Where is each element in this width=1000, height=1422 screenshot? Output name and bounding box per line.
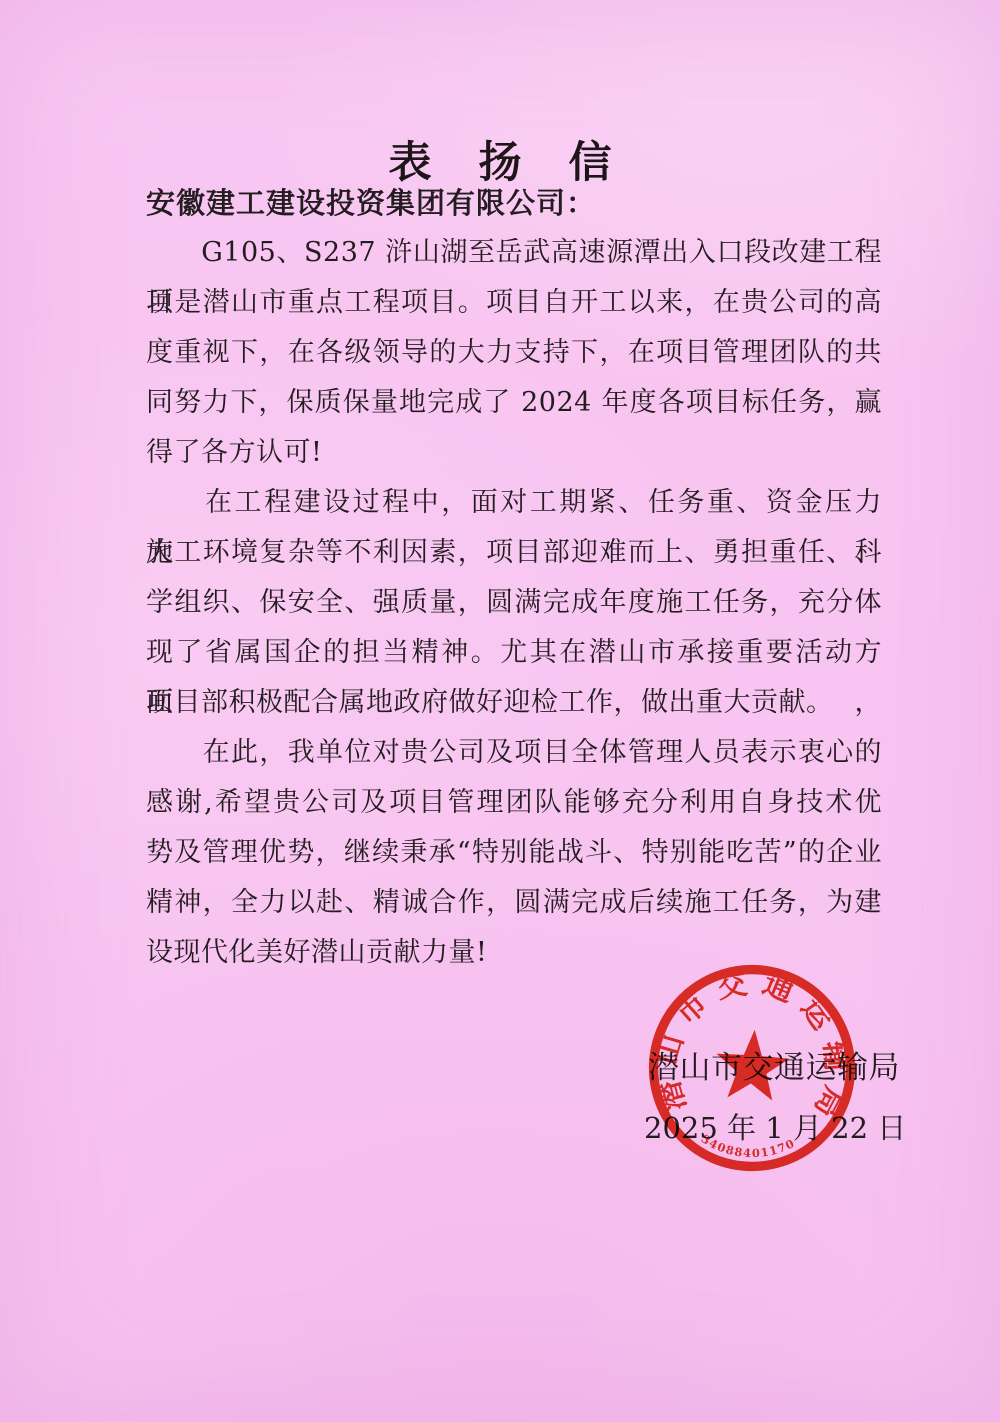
signature-date: 2025 年 1 月 22 日 xyxy=(644,1106,894,1147)
signature-org: 潜山市交通运输局 xyxy=(644,1042,904,1087)
body-line: 感谢,希望贵公司及项目管理团队能够充分利用自身技术优 xyxy=(146,778,882,828)
body-line: 精神，全力以赴、精诚合作，圆满完成后续施工任务，为建 xyxy=(146,878,882,928)
body-line: 设现代化美好潜山贡献力量! xyxy=(146,928,882,978)
body-line: G105、S237 浒山湖至岳武高速源潭出入口段改建工程项 xyxy=(146,228,882,278)
body-line: 施工环境复杂等不利因素，项目部迎难而上、勇担重任、科 xyxy=(146,528,882,578)
body-line: 在工程建设过程中，面对工期紧、任务重、资金压力大、 xyxy=(146,478,882,528)
letter-page: 表 扬 信 安徽建工建设投资集团有限公司： G105、S237 浒山湖至岳武高速… xyxy=(0,0,1000,1422)
body-line: 势及管理优势，继续秉承“特别能战斗、特别能吃苦”的企业 xyxy=(146,828,882,878)
body-line: 项目部积极配合属地政府做好迎检工作，做出重大贡献。 xyxy=(146,678,882,728)
letter-content: 安徽建工建设投资集团有限公司： G105、S237 浒山湖至岳武高速源潭出入口段… xyxy=(146,178,882,978)
body-line: 在此，我单位对贵公司及项目全体管理人员表示衷心的 xyxy=(146,728,882,778)
body-line: 得了各方认可! xyxy=(146,428,882,478)
body-line: 学组织、保安全、强质量，圆满完成年度施工任务，充分体 xyxy=(146,578,882,628)
body-line: 度重视下，在各级领导的大力支持下，在项目管理团队的共 xyxy=(146,328,882,378)
letter-body: G105、S237 浒山湖至岳武高速源潭出入口段改建工程项目是潜山市重点工程项目… xyxy=(146,228,882,978)
body-line: 现了省属国企的担当精神。尤其在潜山市承接重要活动方面， xyxy=(146,628,882,678)
salutation: 安徽建工建设投资集团有限公司： xyxy=(146,178,882,228)
body-line: 目是潜山市重点工程项目。项目自开工以来，在贵公司的高 xyxy=(146,278,882,328)
body-line: 同努力下，保质保量地完成了 2024 年度各项目标任务，赢 xyxy=(146,378,882,428)
